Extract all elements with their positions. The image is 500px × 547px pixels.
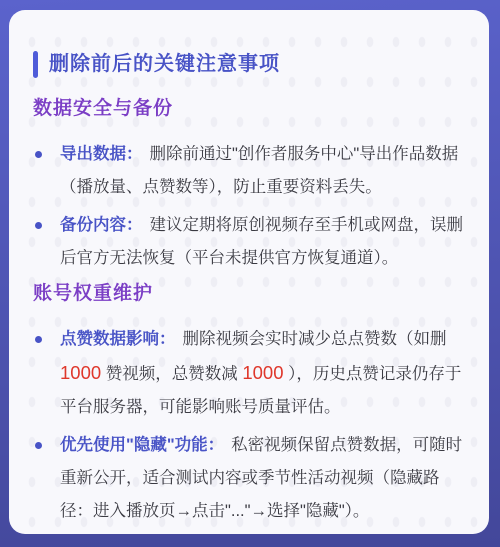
list-item: 优先使用"隐藏"功能：私密视频保留点赞数据，可随时重新公开，适合测试内容或季节性… bbox=[33, 429, 469, 528]
page-title: 删除前后的关键注意事项 bbox=[33, 48, 469, 81]
section: 账号权重维护 点赞数据影响：删除视频会实时减少总点赞数（如删 1000 赞视频，… bbox=[33, 281, 469, 528]
bullet-label: 优先使用"隐藏"功能： bbox=[60, 436, 224, 454]
list-item: 备份内容：建议定期将原创视频存至手机或网盘，误删后官方无法恢复（平台未提供官方恢… bbox=[33, 209, 469, 275]
list-item: 点赞数据影响：删除视频会实时减少总点赞数（如删 1000 赞视频，总赞数减 10… bbox=[33, 323, 469, 424]
bullet-dot-icon bbox=[35, 336, 42, 343]
bullet-text: 优先使用"隐藏"功能：私密视频保留点赞数据，可随时重新公开，适合测试内容或季节性… bbox=[60, 429, 469, 528]
bullet-list: 点赞数据影响：删除视频会实时减少总点赞数（如删 1000 赞视频，总赞数减 10… bbox=[33, 323, 469, 528]
page-title-text: 删除前后的关键注意事项 bbox=[49, 48, 280, 81]
bullet-list: 导出数据：删除前通过"创作者服务中心"导出作品数据（播放量、点赞数等），防止重要… bbox=[33, 138, 469, 275]
highlight-number: 1000 bbox=[242, 362, 283, 383]
bullet-text: 导出数据：删除前通过"创作者服务中心"导出作品数据（播放量、点赞数等），防止重要… bbox=[60, 138, 469, 204]
title-accent-bar bbox=[33, 51, 38, 78]
list-item: 导出数据：删除前通过"创作者服务中心"导出作品数据（播放量、点赞数等），防止重要… bbox=[33, 138, 469, 204]
body-text: 删除视频会实时减少总点赞数（如删 bbox=[183, 330, 447, 348]
bullet-text: 备份内容：建议定期将原创视频存至手机或网盘，误删后官方无法恢复（平台未提供官方恢… bbox=[60, 209, 469, 275]
page-background: { "title": "删除前后的关键注意事项", "sections": [ … bbox=[0, 0, 500, 547]
content-card: 删除前后的关键注意事项 数据安全与备份 导出数据：删除前通过"创作者服务中心"导… bbox=[9, 10, 489, 534]
bullet-text: 点赞数据影响：删除视频会实时减少总点赞数（如删 1000 赞视频，总赞数减 10… bbox=[60, 323, 469, 424]
section: 数据安全与备份 导出数据：删除前通过"创作者服务中心"导出作品数据（播放量、点赞… bbox=[33, 96, 469, 275]
section-heading: 账号权重维护 bbox=[33, 281, 469, 307]
section-heading: 数据安全与备份 bbox=[33, 96, 469, 122]
bullet-label: 备份内容： bbox=[60, 216, 143, 234]
sections-container: 数据安全与备份 导出数据：删除前通过"创作者服务中心"导出作品数据（播放量、点赞… bbox=[33, 96, 469, 528]
bullet-label: 点赞数据影响： bbox=[60, 330, 176, 348]
bullet-label: 导出数据： bbox=[60, 145, 143, 163]
bullet-dot-icon bbox=[35, 151, 42, 158]
bullet-dot-icon bbox=[35, 442, 42, 449]
highlight-number: 1000 bbox=[60, 362, 101, 383]
body-text: 赞视频，总赞数减 bbox=[101, 365, 242, 383]
bullet-dot-icon bbox=[35, 222, 42, 229]
